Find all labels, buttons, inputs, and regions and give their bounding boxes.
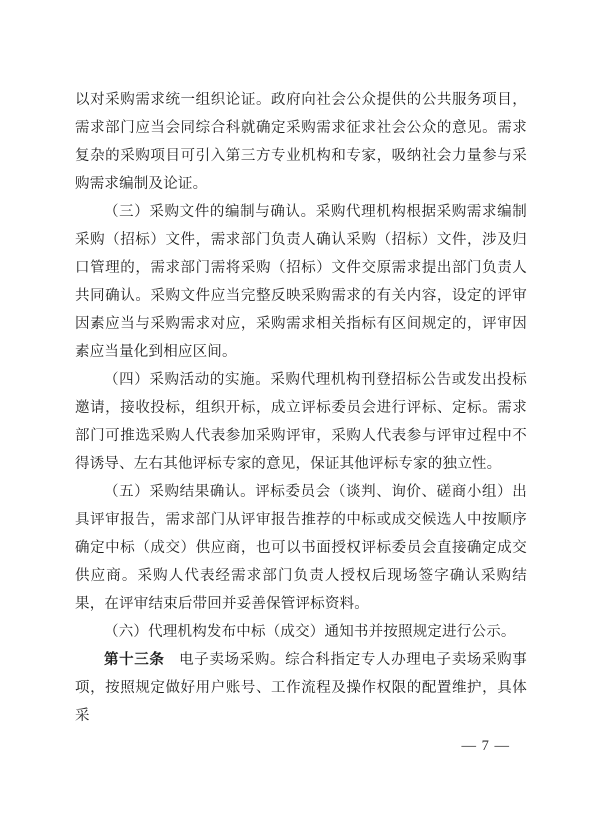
page-number: — 7 — [0, 736, 510, 756]
paragraph-item-6: （六）代理机构发布中标（成交）通知书并按照规定进行公示。 [75, 618, 527, 646]
paragraph-item-3: （三）采购文件的编制与确认。采购代理机构根据采购需求编制采购（招标）文件，需求部… [75, 198, 527, 366]
document-page: 以对采购需求统一组织论证。政府向社会公众提供的公共服务项目，需求部门应当会同综合… [0, 0, 600, 816]
paragraph-continuation: 以对采购需求统一组织论证。政府向社会公众提供的公共服务项目，需求部门应当会同综合… [75, 86, 527, 198]
paragraph-item-4: （四）采购活动的实施。采购代理机构刊登招标公告或发出投标邀请，接收投标，组织开标… [75, 366, 527, 478]
paragraph-item-5: （五）采购结果确认。评标委员会（谈判、询价、磋商小组）出具评审报告，需求部门从评… [75, 478, 527, 618]
article-13-heading: 第十三条 [104, 652, 165, 668]
paragraph-article-13: 第十三条电子卖场采购。综合科指定专人办理电子卖场采购事项，按照规定做好用户账号、… [75, 646, 527, 730]
document-body: 以对采购需求统一组织论证。政府向社会公众提供的公共服务项目，需求部门应当会同综合… [75, 86, 527, 730]
